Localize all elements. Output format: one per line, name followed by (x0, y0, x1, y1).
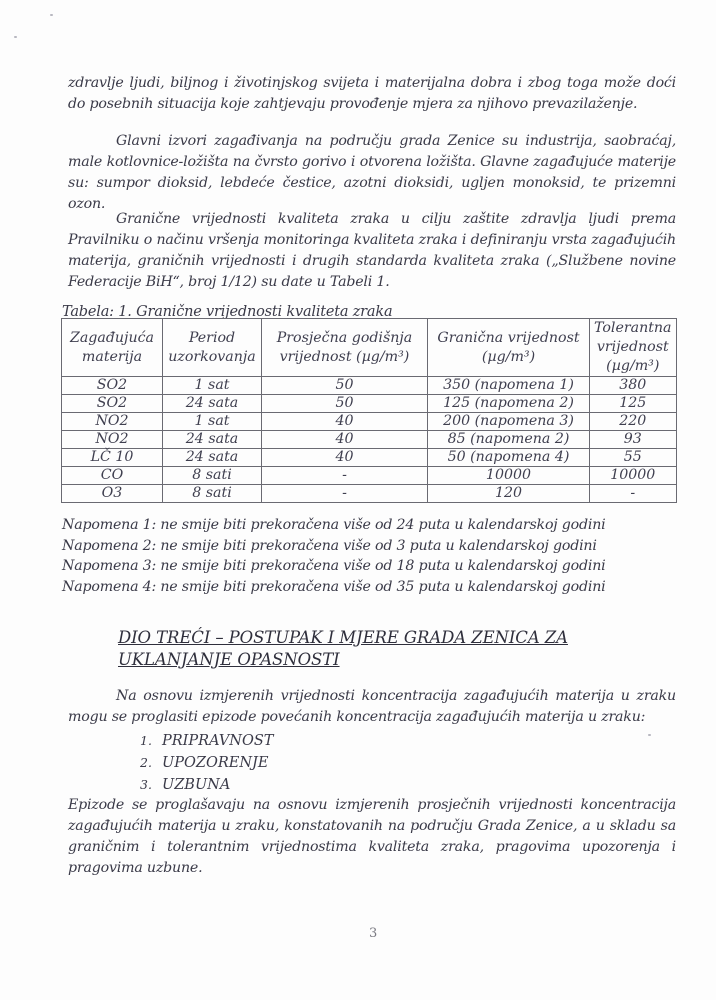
cell-sampling-period: 24 sata (163, 395, 262, 413)
list-number: 3. (140, 774, 162, 795)
note-4: Napomena 4: ne smije biti prekoračena vi… (62, 577, 606, 598)
header-limit-value: Granična vrijednost (µg/m³) (428, 319, 590, 377)
cell-annual-average: 50 (262, 377, 428, 395)
cell-sampling-period: 1 sat (163, 413, 262, 431)
cell-sampling-period: 24 sata (163, 431, 262, 449)
paragraph-text: Granične vrijednosti kvaliteta zraka u c… (68, 211, 676, 290)
paragraph-limit-values: Granične vrijednosti kvaliteta zraka u c… (68, 209, 676, 293)
note-1: Napomena 1: ne smije biti prekoračena vi… (62, 515, 606, 536)
cell-pollutant: SO2 (62, 377, 163, 395)
cell-tolerance-value: 380 (590, 377, 677, 395)
table-header-row: Zagađujuća materija Period uzorkovanja P… (62, 319, 677, 377)
cell-tolerance-value: 55 (590, 449, 677, 467)
paragraph-text: Na osnovu izmjerenih vrijednosti koncent… (68, 688, 676, 725)
paragraph-text: zdravlje ljudi, biljnog i životinjskog s… (68, 75, 676, 112)
episode-item: 2.UPOZORENJE (140, 752, 273, 774)
section-heading-line-1: DIO TREĆI – POSTUPAK I MJERE GRADA ZENIC… (118, 627, 568, 649)
cell-limit-value: 125 (napomena 2) (428, 395, 590, 413)
cell-sampling-period: 24 sata (163, 449, 262, 467)
scan-speck (14, 36, 17, 38)
paragraph-text: Epizode se proglašavaju na osnovu izmjer… (68, 797, 676, 876)
table-row: LČ 1024 sata4050 (napomena 4)55 (62, 449, 677, 467)
paragraph-intro-continued: zdravlje ljudi, biljnog i životinjskog s… (68, 73, 676, 115)
cell-sampling-period: 1 sat (163, 377, 262, 395)
cell-sampling-period: 8 sati (163, 467, 262, 485)
table-row: SO224 sata50125 (napomena 2)125 (62, 395, 677, 413)
header-pollutant: Zagađujuća materija (62, 319, 163, 377)
episode-list: 1.PRIPRAVNOST 2.UPOZORENJE 3.UZBUNA (140, 730, 273, 796)
episode-label: UZBUNA (162, 777, 230, 793)
cell-limit-value: 10000 (428, 467, 590, 485)
episode-item: 3.UZBUNA (140, 774, 273, 796)
header-tolerance-value: Tolerantna vrijednost (µg/m³) (590, 319, 677, 377)
episode-item: 1.PRIPRAVNOST (140, 730, 273, 752)
table-row: O38 sati-120- (62, 485, 677, 503)
table-row: SO21 sat50350 (napomena 1)380 (62, 377, 677, 395)
list-number: 1. (140, 730, 162, 751)
header-sampling-period: Period uzorkovanja (163, 319, 262, 377)
section-heading: DIO TREĆI – POSTUPAK I MJERE GRADA ZENIC… (118, 627, 568, 671)
section-heading-line-2: UKLANJANJE OPASNOSTI (118, 649, 568, 671)
cell-pollutant: NO2 (62, 413, 163, 431)
table-row: NO21 sat40200 (napomena 3)220 (62, 413, 677, 431)
cell-limit-value: 120 (428, 485, 590, 503)
scan-speck (648, 734, 651, 736)
table-body: SO21 sat50350 (napomena 1)380SO224 sata5… (62, 377, 677, 503)
scan-speck (50, 14, 53, 16)
paragraph-episodes-declaration: Epizode se proglašavaju na osnovu izmjer… (68, 795, 676, 879)
cell-pollutant: LČ 10 (62, 449, 163, 467)
cell-annual-average: - (262, 467, 428, 485)
cell-limit-value: 350 (napomena 1) (428, 377, 590, 395)
paragraph-text: Glavni izvori zagađivanja na području gr… (68, 133, 676, 212)
page-number: 3 (369, 926, 377, 941)
cell-sampling-period: 8 sati (163, 485, 262, 503)
cell-pollutant: CO (62, 467, 163, 485)
cell-annual-average: 50 (262, 395, 428, 413)
cell-limit-value: 85 (napomena 2) (428, 431, 590, 449)
cell-annual-average: 40 (262, 413, 428, 431)
cell-limit-value: 200 (napomena 3) (428, 413, 590, 431)
table-notes: Napomena 1: ne smije biti prekoračena vi… (62, 515, 606, 597)
document-page: zdravlje ljudi, biljnog i životinjskog s… (0, 0, 716, 1000)
table-row: CO8 sati-1000010000 (62, 467, 677, 485)
cell-annual-average: - (262, 485, 428, 503)
cell-tolerance-value: 10000 (590, 467, 677, 485)
cell-limit-value: 50 (napomena 4) (428, 449, 590, 467)
cell-annual-average: 40 (262, 431, 428, 449)
note-2: Napomena 2: ne smije biti prekoračena vi… (62, 536, 606, 557)
cell-tolerance-value: - (590, 485, 677, 503)
cell-annual-average: 40 (262, 449, 428, 467)
paragraph-pollution-sources: Glavni izvori zagađivanja na području gr… (68, 131, 676, 215)
cell-pollutant: SO2 (62, 395, 163, 413)
table-row: NO224 sata4085 (napomena 2)93 (62, 431, 677, 449)
cell-pollutant: NO2 (62, 431, 163, 449)
note-3: Napomena 3: ne smije biti prekoračena vi… (62, 556, 606, 577)
episode-label: PRIPRAVNOST (162, 733, 273, 749)
episode-label: UPOZORENJE (162, 755, 268, 771)
header-annual-average: Prosječna godišnja vrijednost (µg/m³) (262, 319, 428, 377)
cell-pollutant: O3 (62, 485, 163, 503)
list-number: 2. (140, 752, 162, 773)
limit-values-table: Zagađujuća materija Period uzorkovanja P… (61, 318, 677, 503)
cell-tolerance-value: 125 (590, 395, 677, 413)
cell-tolerance-value: 220 (590, 413, 677, 431)
paragraph-episodes-intro: Na osnovu izmjerenih vrijednosti koncent… (68, 686, 676, 728)
cell-tolerance-value: 93 (590, 431, 677, 449)
